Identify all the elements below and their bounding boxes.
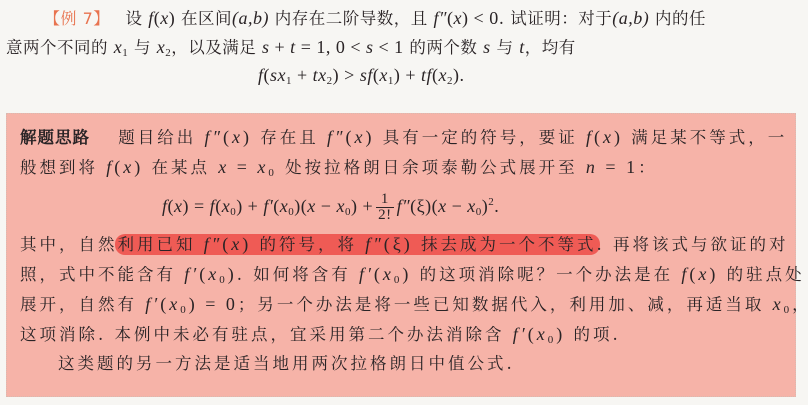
solution-line-4: 照，式中不能含有 f′(x0). 如何将含有 f′(x0) 的这项消除呢？一个办… (20, 262, 805, 292)
solution-line-6: 这项消除. 本例中未必有驻点，宜采用第二个办法消除含 f′(x0) 的项. (20, 322, 621, 352)
taylor-formula: f(x) = f(x0) + f′(x0)(x − x0) +12!f″(ξ)(… (162, 190, 499, 224)
math-condition: f″(x) < 0 (434, 8, 499, 28)
math-x2: x2 (157, 37, 172, 57)
solution-line-1: 解题思路 题目给出 f″(x) 存在且 f″(x) 具有一定的符号，要证 f(x… (20, 125, 787, 150)
solution-title: 解题思路 (20, 128, 90, 147)
problem-line-1: 【例 7】 设 f(x) 在区间(a,b) 内存在二阶导数，且 f″(x) < … (44, 6, 706, 31)
math-interval: (a,b) (232, 8, 269, 28)
problem-formula: f(sx1 + tx2) > sf(x1) + tf(x2). (258, 63, 465, 93)
highlighted-phrase: 利用已知 f″(x) 的符号，将 f″(ξ) 抹去成为一个不等式 (115, 234, 600, 255)
solution-line-5: 展开，自然有 f′(x0) = 0；另一个办法是将一些已知数据代入，利用加、减，… (20, 292, 808, 322)
math-fx: f(x) (148, 8, 175, 28)
solution-line-2: 般想到将 f(x) 在某点 x = x0 处按拉格朗日余项泰勒公式展开至 n =… (20, 155, 658, 185)
fraction-one-over-two-factorial: 12! (376, 192, 394, 223)
problem-line-2: 意两个不同的 x1 与 x2，以及满足 s + t = 1, 0 < s < 1… (6, 35, 576, 65)
example-tag: 【例 7】 (44, 9, 110, 28)
solution-line-7: 这类题的另一方法是适当地用两次拉格朗日中值公式. (58, 352, 515, 376)
math-interval-2: (a,b) (612, 8, 649, 28)
math-st-condition: s + t = 1, 0 < s < 1 (262, 37, 404, 57)
solution-line-3: 其中，自然利用已知 f″(x) 的符号，将 f″(ξ) 抹去成为一个不等式. 再… (20, 232, 789, 257)
math-x1: x1 (114, 37, 129, 57)
